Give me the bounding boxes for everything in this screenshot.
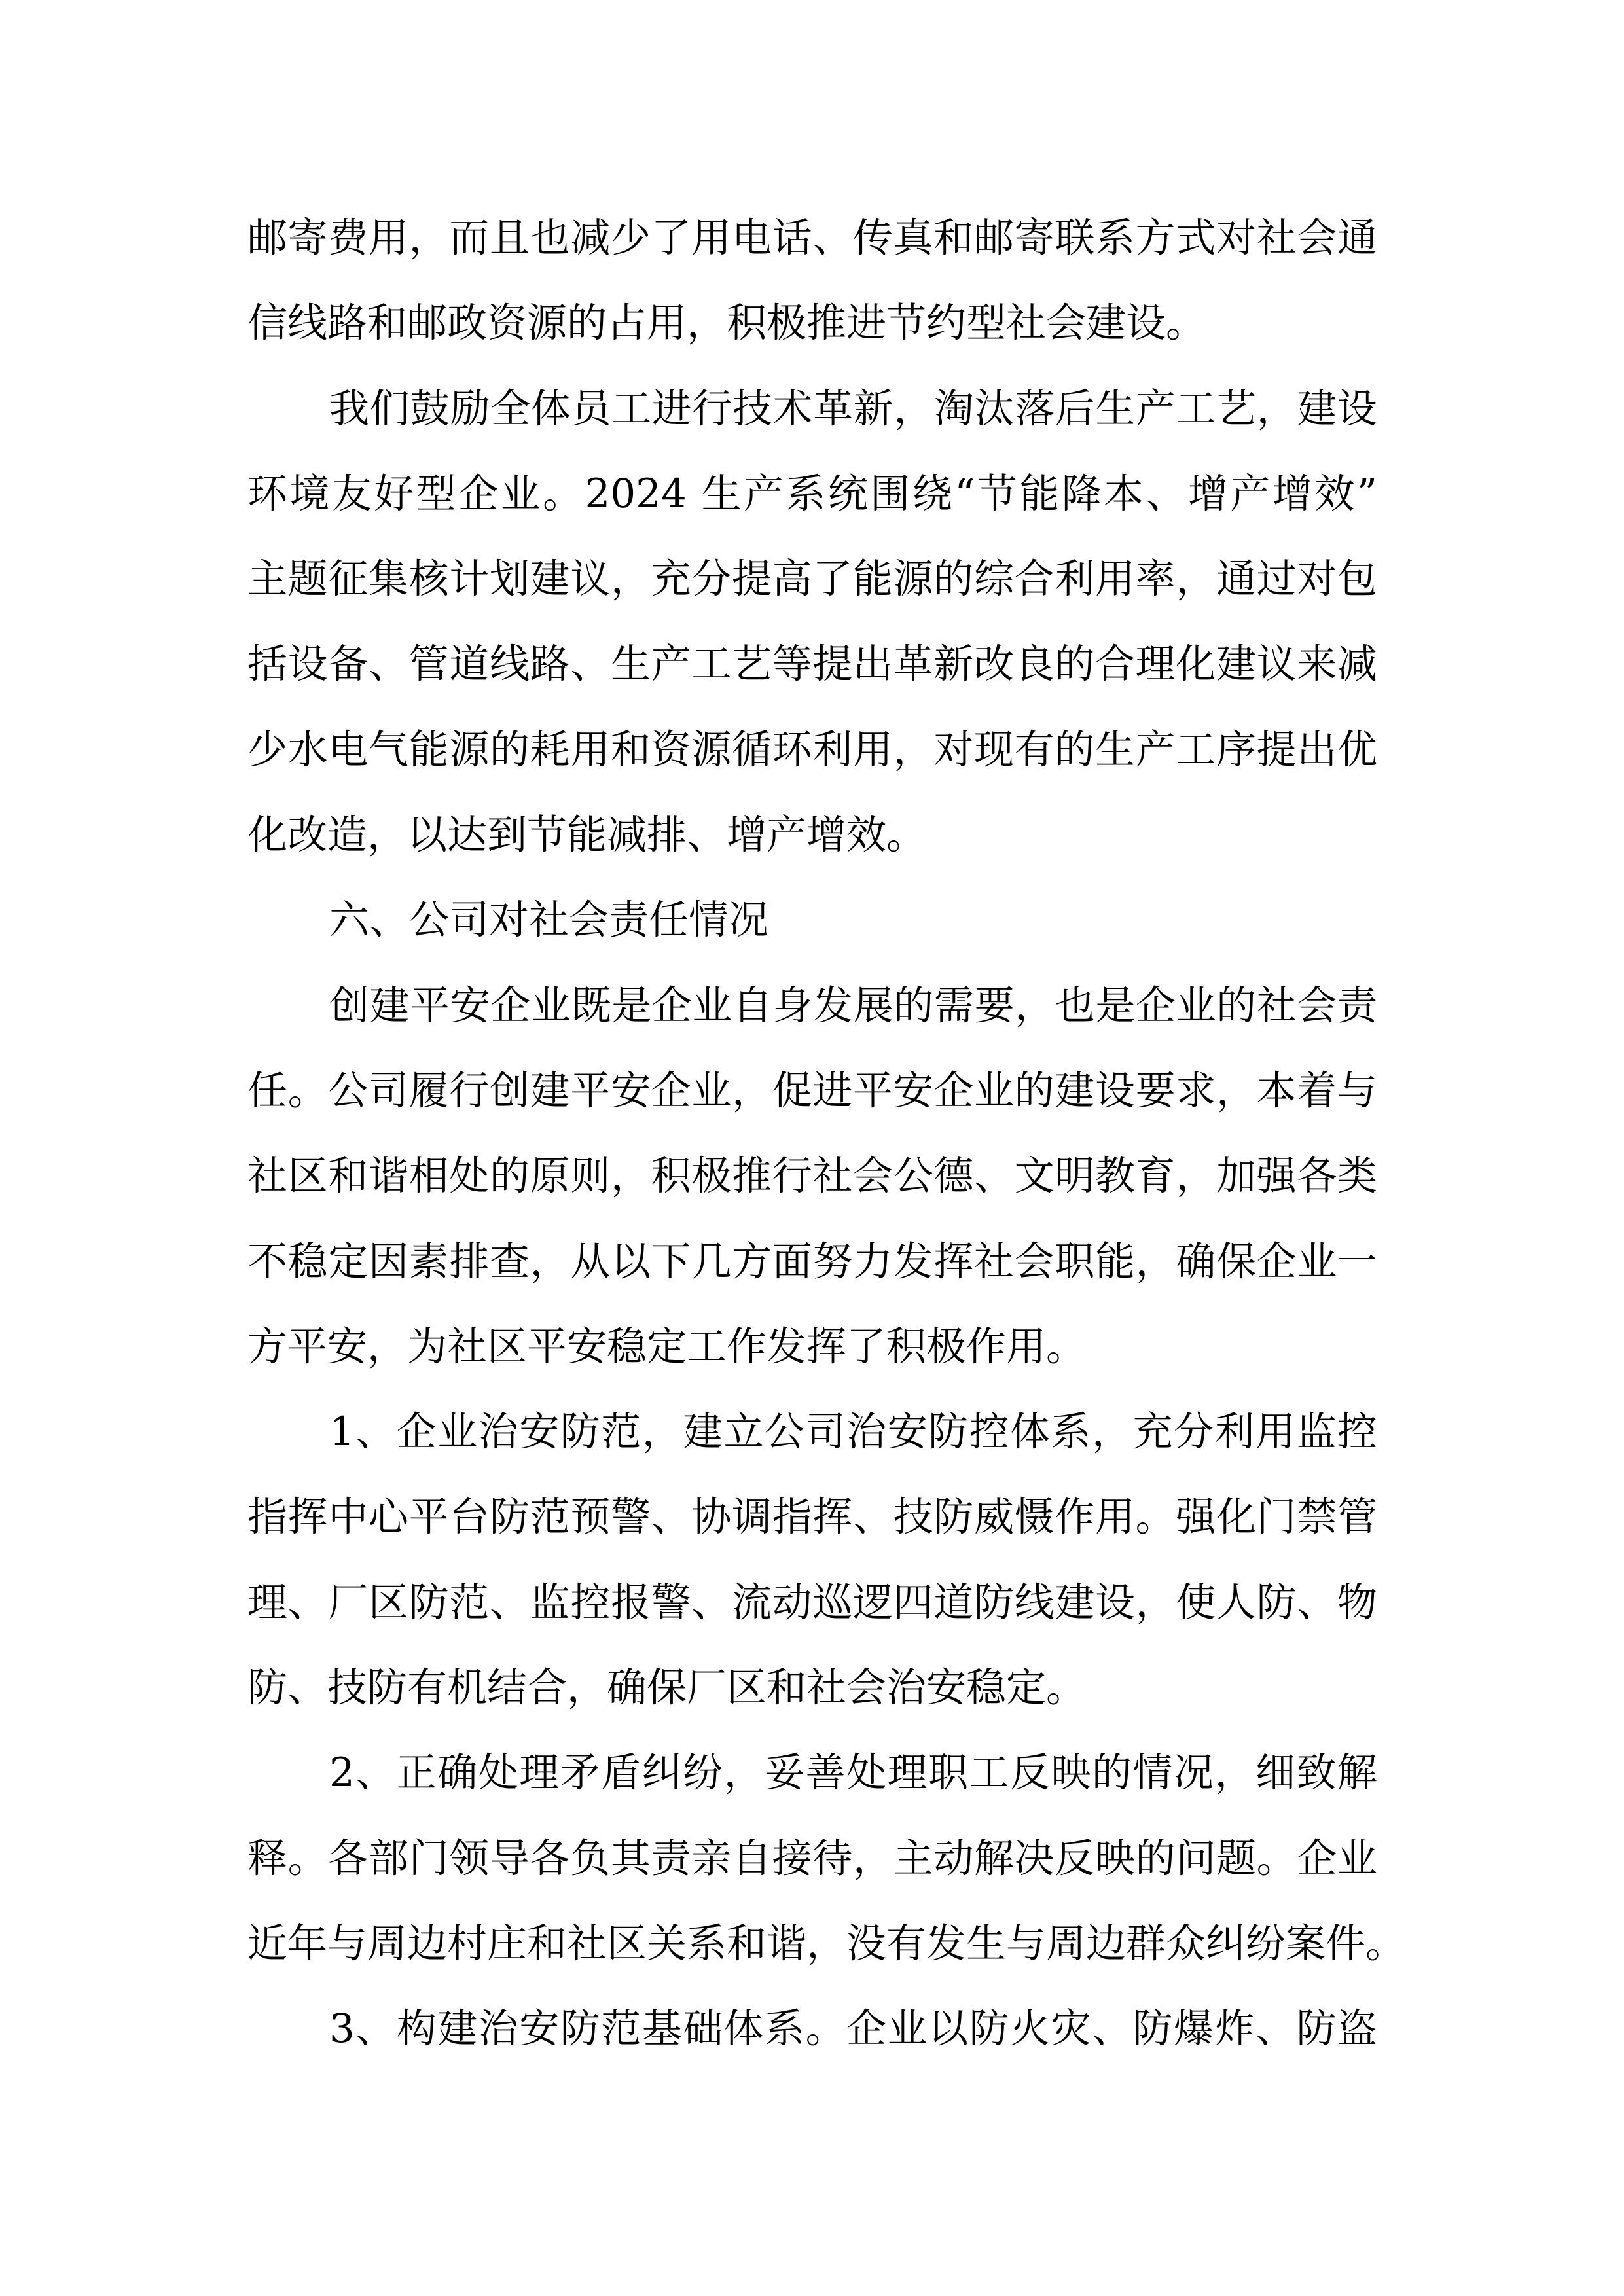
text-line: 防、技防有机结合，确保厂区和社会治安稳定。 [247, 1645, 1377, 1731]
text-line: 理、厂区防范、监控报警、流动巡逻四道防线建设，使人防、物 [247, 1560, 1377, 1645]
text-line: 创建平安企业既是企业自身发展的需要，也是企业的社会责 [247, 963, 1377, 1049]
section-heading-text: 六、公司对社会责任情况 [247, 878, 1377, 963]
list-item-security-prevention: 1、企业治安防范，建立公司治安防控体系，充分利用监控 指挥中心平台防范预警、协调… [247, 1390, 1377, 1731]
text-line: 任。公司履行创建平安企业，促进平安企业的建设要求，本着与 [247, 1049, 1377, 1134]
text-line: 邮寄费用，而且也减少了用电话、传真和邮寄联系方式对社会通 [247, 196, 1377, 281]
section-heading-social-responsibility: 六、公司对社会责任情况 [247, 878, 1377, 963]
text-line: 信线路和邮政资源的占用，积极推进节约型社会建设。 [247, 281, 1377, 366]
list-item-security-system: 3、构建治安防范基础体系。企业以防火灾、防爆炸、防盗 [247, 1986, 1377, 2072]
paragraph-safe-enterprise: 创建平安企业既是企业自身发展的需要，也是企业的社会责 任。公司履行创建平安企业，… [247, 963, 1377, 1390]
text-line: 释。各部门领导各负其责亲自接待，主动解决反映的问题。企业 [247, 1816, 1377, 1901]
text-line: 括设备、管道线路、生产工艺等提出革新改良的合理化建议来减 [247, 622, 1377, 707]
text-line: 3、构建治安防范基础体系。企业以防火灾、防爆炸、防盗 [247, 1986, 1377, 2072]
text-line: 我们鼓励全体员工进行技术革新，淘汰落后生产工艺，建设 [247, 367, 1377, 452]
paragraph-postage-savings: 邮寄费用，而且也减少了用电话、传真和邮寄联系方式对社会通 信线路和邮政资源的占用… [247, 196, 1377, 367]
text-line: 2、正确处理矛盾纠纷，妥善处理职工反映的情况，细致解 [247, 1731, 1377, 1816]
text-line: 环境友好型企业。2024 生产系统围绕“节能降本、增产增效” [247, 452, 1377, 537]
text-line: 少水电气能源的耗用和资源循环利用，对现有的生产工序提出优 [247, 708, 1377, 793]
text-line: 化改造，以达到节能减排、增产增效。 [247, 793, 1377, 878]
text-line: 不稳定因素排查，从以下几方面努力发挥社会职能，确保企业一 [247, 1219, 1377, 1304]
paragraph-technical-innovation: 我们鼓励全体员工进行技术革新，淘汰落后生产工艺，建设 环境友好型企业。2024 … [247, 367, 1377, 878]
text-line: 方平安，为社区平安稳定工作发挥了积极作用。 [247, 1304, 1377, 1390]
list-item-dispute-handling: 2、正确处理矛盾纠纷，妥善处理职工反映的情况，细致解 释。各部门领导各负其责亲自… [247, 1731, 1377, 1986]
text-line: 主题征集核计划建议，充分提高了能源的综合利用率，通过对包 [247, 537, 1377, 622]
document-body: 邮寄费用，而且也减少了用电话、传真和邮寄联系方式对社会通 信线路和邮政资源的占用… [247, 196, 1377, 2072]
text-line: 近年与周边村庄和社区关系和谐，没有发生与周边群众纠纷案件。 [247, 1901, 1377, 1986]
text-line: 1、企业治安防范，建立公司治安防控体系，充分利用监控 [247, 1390, 1377, 1475]
document-page: 邮寄费用，而且也减少了用电话、传真和邮寄联系方式对社会通 信线路和邮政资源的占用… [0, 0, 1624, 2296]
text-line: 指挥中心平台防范预警、协调指挥、技防威慑作用。强化门禁管 [247, 1475, 1377, 1560]
text-line: 社区和谐相处的原则，积极推行社会公德、文明教育，加强各类 [247, 1134, 1377, 1219]
